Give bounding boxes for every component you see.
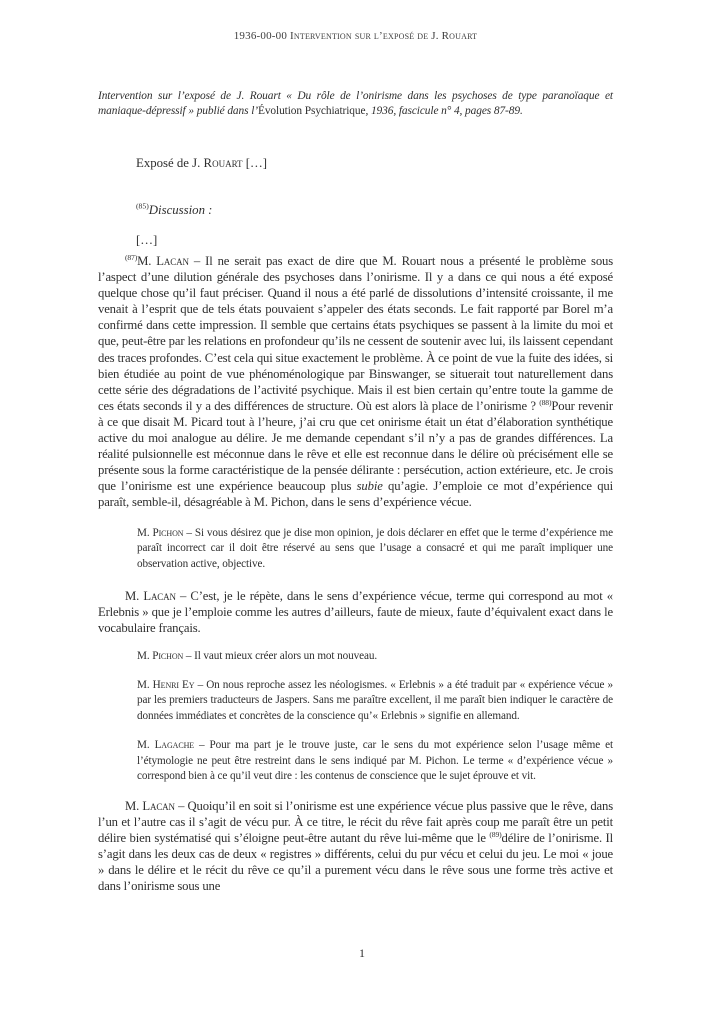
text-run: – Il vaut mieux créer alors un mot nouve… (183, 650, 377, 662)
text-run: Discussion : (149, 203, 213, 217)
quote-lagache: M. Lagache – Pour ma part je le trouve j… (137, 738, 613, 785)
paragraph-lacan-3: M. Lacan – Quoiqu’il en soit si l’oniris… (98, 798, 613, 895)
text-run: (87) (125, 253, 137, 262)
paragraph-lacan-2: M. Lacan – C’est, je le répète, dans le … (98, 588, 613, 636)
quote-pichon-2: M. Pichon – Il vaut mieux créer alors un… (137, 649, 613, 665)
text-run: (88) (539, 398, 551, 407)
text-run: subie (357, 479, 383, 493)
document-page: 1936-00-00 Intervention sur l’exposé de … (0, 0, 724, 1024)
text-run: – Il ne serait pas exact de dire que M. … (98, 254, 613, 413)
text-run: – On nous reproche assez les néologismes… (137, 679, 613, 722)
text-run: (89) (489, 830, 501, 839)
text-run: M. (125, 589, 143, 603)
expose-line: Exposé de J. Rouart […] (98, 155, 613, 171)
text-run: Pichon (152, 527, 183, 539)
text-run: […] (136, 233, 157, 247)
text-run: Lacan (142, 799, 175, 813)
text-run: M. (137, 527, 152, 539)
text-run: Lacan (156, 254, 189, 268)
text-run: Henri Ey (153, 679, 195, 691)
quote-henri-ey: M. Henri Ey – On nous reproche assez les… (137, 678, 613, 725)
text-run: Évolution Psychiatrique (258, 105, 365, 117)
text-run: – Pour ma part je le trouve juste, car l… (137, 739, 613, 782)
text-run: – Si vous désirez que je dise mon opinio… (137, 527, 613, 570)
text-run: Rouart (204, 156, 243, 170)
text-run: M. (137, 254, 156, 268)
text-run: – C’est, je le répète, dans le sens d’ex… (98, 589, 613, 635)
text-run: (85) (136, 202, 149, 211)
text-run: , 1936, fascicule n° 4, pages 87-89. (365, 105, 522, 117)
text-run: Lacan (143, 589, 176, 603)
omission-mark: […] (98, 232, 613, 248)
text-run: Exposé de J. (136, 156, 204, 170)
paragraph-lacan-1: (87)M. Lacan – Il ne serait pas exact de… (98, 253, 613, 511)
text-run: Lagache (155, 739, 194, 751)
page-number: 1 (0, 946, 724, 961)
intro-note: Intervention sur l’exposé de J. Rouart «… (98, 89, 613, 119)
quote-pichon-1: M. Pichon – Si vous désirez que je dise … (137, 526, 613, 573)
text-run: M. (137, 739, 155, 751)
text-run: […] (243, 156, 268, 170)
running-header: 1936-00-00 Intervention sur l’exposé de … (98, 30, 613, 43)
text-run: M. (137, 650, 152, 662)
text-run: M. (137, 679, 153, 691)
text-run: Pichon (152, 650, 183, 662)
discussion-heading: (85)Discussion : (98, 202, 613, 218)
text-run: M. (125, 799, 142, 813)
